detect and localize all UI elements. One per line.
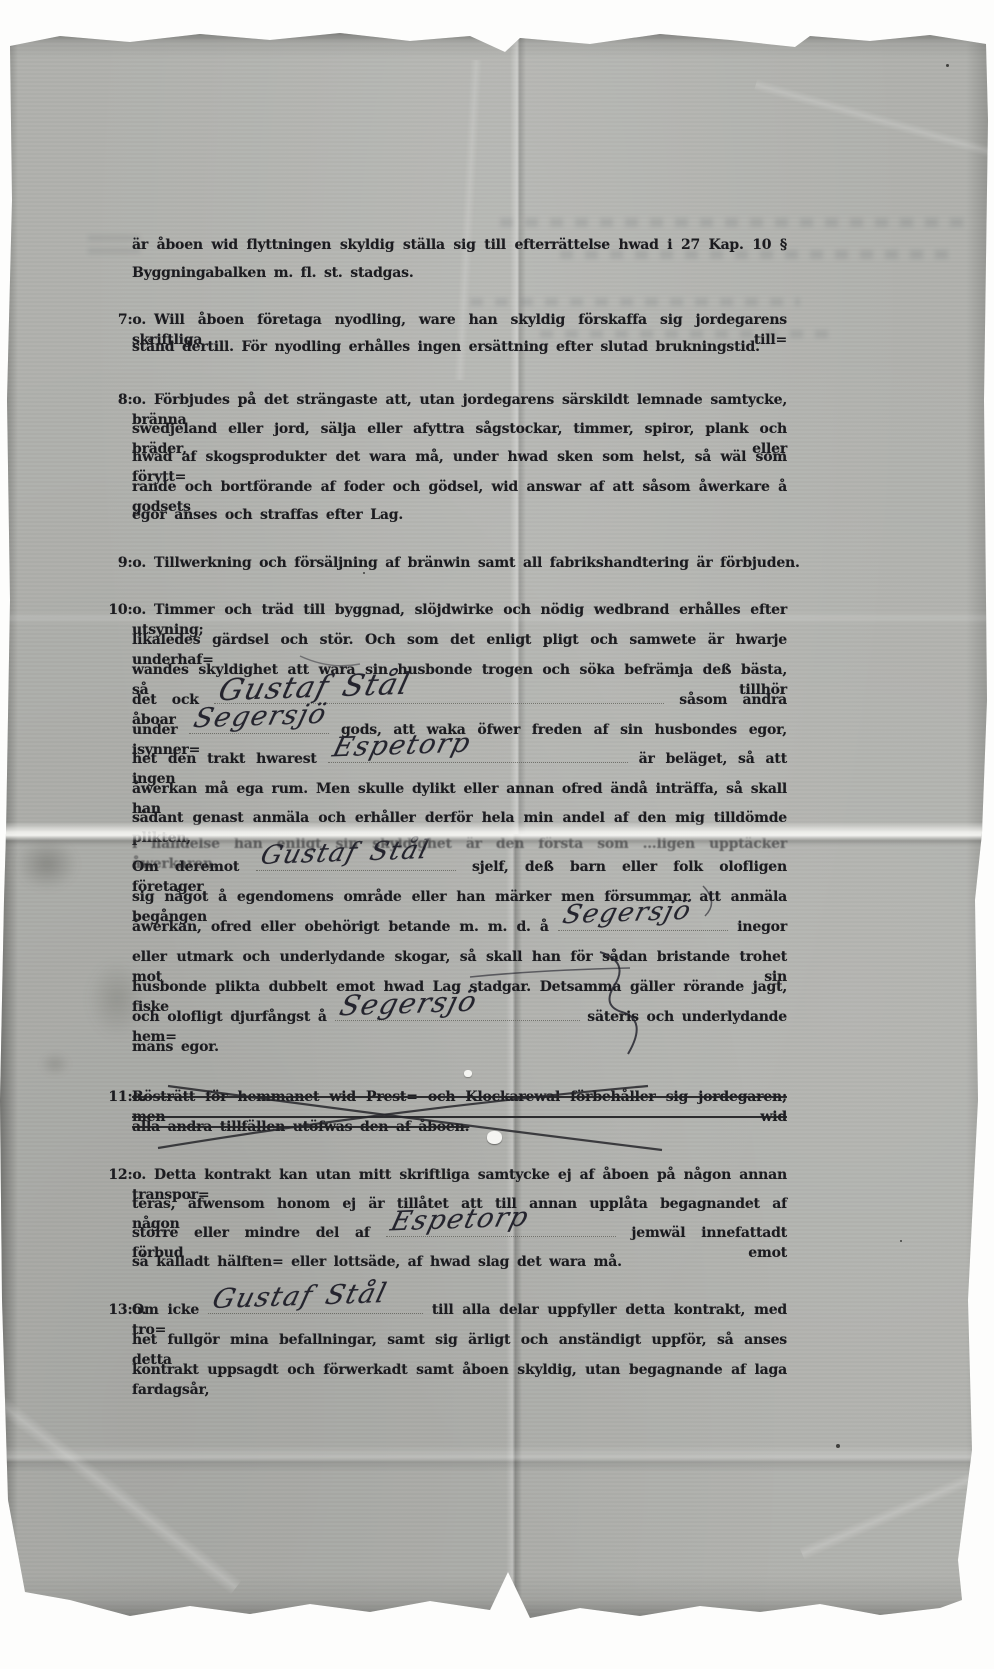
document-line: Tillwerkning och försäljning af bränwin … bbox=[132, 553, 787, 577]
dotted-fill-line: Gustaf Stål bbox=[256, 866, 456, 871]
handwritten-entry: Segersjö bbox=[560, 898, 694, 928]
document-line: het fullgör mina befallningar, samt sig … bbox=[132, 1330, 787, 1354]
document-line: Will åboen företaga nyodling, ware han s… bbox=[132, 310, 787, 334]
document-line: större eller mindre del af Espetorp jemw… bbox=[132, 1223, 787, 1247]
handwritten-entry: Gustaf Stål bbox=[210, 1280, 390, 1313]
document-line: eller utmark och underlydande skogar, så… bbox=[132, 947, 787, 971]
printed-text: inegor bbox=[737, 919, 787, 935]
dotted-fill-line: Espetorp bbox=[386, 1232, 616, 1237]
printed-text: så kalladt hälften= eller lottsäde, af h… bbox=[132, 1254, 622, 1270]
document-line: rande och bortförande af foder och gödse… bbox=[132, 477, 787, 501]
document-line: stånd dertill. För nyodling erhålles ing… bbox=[132, 337, 787, 361]
handwritten-entry: Espetorp bbox=[330, 730, 474, 762]
printed-text: Om icke bbox=[132, 1302, 199, 1318]
printed-text: åwerkan, ofred eller obehörigt betande m… bbox=[132, 919, 549, 935]
dotted-fill-line: Espetorp bbox=[328, 758, 628, 763]
printed-text: det ock bbox=[132, 692, 199, 708]
document-line: hwad af skogsprodukter det wara må, unde… bbox=[132, 447, 787, 471]
document-line: så kalladt hälften= eller lottsäde, af h… bbox=[132, 1252, 787, 1276]
document-line: Om icke Gustaf Stål till alla delar uppf… bbox=[132, 1300, 787, 1324]
document-line: swedjeland eller jord, sälja eller afytt… bbox=[132, 419, 787, 443]
document-line: kontrakt uppsagdt och förwerkadt samt åb… bbox=[132, 1360, 787, 1384]
handwritten-entry: Segersjö bbox=[191, 701, 330, 733]
printed-text: Tillwerkning och försäljning af bränwin … bbox=[154, 555, 800, 571]
printed-text: het den trakt hwarest bbox=[132, 751, 317, 767]
document-line: Byggningabalken m. fl. st. stadgas. bbox=[132, 263, 787, 287]
document-line: mans egor. bbox=[132, 1037, 787, 1061]
document-line: är åboen wid flyttningen skyldig ställa … bbox=[132, 235, 787, 259]
paper-sheet: är åboen wid flyttningen skyldig ställa … bbox=[0, 0, 994, 1669]
document-line: Rösträtt för hemmanet wid Prest= och Klo… bbox=[132, 1087, 787, 1111]
document-line: Förbjudes på det strängaste att, utan jo… bbox=[132, 390, 787, 414]
document-line: het den trakt hwarest Espetorp är beläge… bbox=[132, 749, 787, 773]
dotted-fill-line: Segersjö bbox=[558, 926, 728, 931]
document-line: Om deremot Gustaf Stål sjelf, deß barn e… bbox=[132, 857, 787, 881]
document-text-layer: är åboen wid flyttningen skyldig ställa … bbox=[0, 0, 994, 1669]
printed-text: egor anses och straffas efter Lag. bbox=[132, 507, 403, 523]
handwritten-entry: Gustaf Stål bbox=[258, 837, 432, 869]
scanned-contract-document: är åboen wid flyttningen skyldig ställa … bbox=[0, 0, 994, 1669]
document-line: åwerkan må ega rum. Men skulle dylikt el… bbox=[132, 779, 787, 803]
document-line: Detta kontrakt kan utan mitt skriftliga … bbox=[132, 1165, 787, 1189]
printed-text: stånd dertill. För nyodling erhålles ing… bbox=[132, 339, 760, 355]
handwritten-entry: Segersjö bbox=[336, 988, 480, 1021]
printed-text: mans egor. bbox=[132, 1039, 219, 1055]
faded-fold-line: i händelse han enligt sin skyldighet är … bbox=[132, 834, 787, 858]
document-line: Timmer och träd till byggnad, slöjdwirke… bbox=[132, 600, 787, 624]
document-line: sådant genast anmäla och erhåller derför… bbox=[132, 808, 787, 832]
document-line: egor anses och straffas efter Lag. bbox=[132, 505, 787, 529]
printed-text: större eller mindre del af bbox=[132, 1225, 370, 1241]
dotted-fill-line: Segersjö bbox=[189, 729, 329, 734]
printed-text: och olofligt djurfångst å bbox=[132, 1009, 327, 1025]
printed-text: kontrakt uppsagdt och förwerkadt samt åb… bbox=[132, 1362, 787, 1398]
dotted-fill-line: Segersjö bbox=[335, 1016, 580, 1021]
handwritten-entry: Espetorp bbox=[387, 1204, 531, 1236]
document-line: alla andra tillfällen utöfwas den af åbo… bbox=[132, 1117, 787, 1141]
printed-text: Byggningabalken m. fl. st. stadgas. bbox=[132, 265, 414, 281]
document-line: och olofligt djurfångst å Segersjö säter… bbox=[132, 1007, 787, 1031]
document-line: åwerkan, ofred eller obehörigt betande m… bbox=[132, 917, 787, 941]
dotted-fill-line: Gustaf Stål bbox=[208, 1309, 423, 1314]
printed-text: är åboen wid flyttningen skyldig ställa … bbox=[132, 237, 787, 253]
document-line: likaledes gärdsel och stör. Och som det … bbox=[132, 630, 787, 654]
printed-text: Om deremot bbox=[132, 859, 239, 875]
printed-text: alla andra tillfällen utöfwas den af åbo… bbox=[132, 1119, 469, 1135]
printed-text: under bbox=[132, 722, 177, 738]
